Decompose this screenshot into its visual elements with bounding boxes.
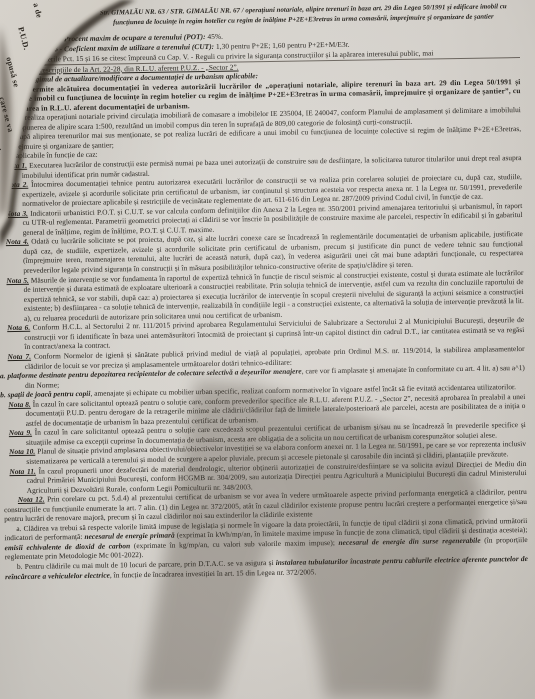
- note-label: Nota 5.: [6, 275, 29, 284]
- note-label: Nota 3.: [5, 209, 28, 218]
- cut-label: Pct. 16 -: [37, 44, 64, 53]
- note-label: Nota 12.: [18, 495, 45, 504]
- note-label: Nota 6.: [7, 323, 30, 332]
- document-text-block: Str. GIMALĂU NR. 63 / STR. GIMALĂU NR. 6…: [2, 2, 528, 581]
- note-label: Nota 7.: [8, 352, 32, 361]
- note-text: Măsurile de intervenție se vor fundament…: [24, 268, 524, 323]
- item-label: a.: [0, 371, 8, 380]
- item-text: , în funcție de încadrarea investiției î…: [110, 567, 317, 579]
- note-label: Nota 2.: [5, 180, 28, 189]
- note-label: Nota 10.: [9, 447, 35, 456]
- pot-value: 45%.: [206, 32, 223, 41]
- note-label: Nota 8.: [8, 399, 31, 408]
- scanned-document-page: Str. GIMALĂU NR. 63 / STR. GIMALĂU NR. 6…: [0, 0, 535, 699]
- note-label: Nota 9.: [9, 428, 32, 437]
- document-header: Str. GIMALĂU NR. 63 / STR. GIMALĂU NR. 6…: [87, 2, 519, 29]
- item-text: (exprimate în kg/mp/an, cu valori sub va…: [130, 538, 338, 550]
- note-label: Nota 11.: [9, 466, 36, 475]
- note-5: Nota 5. Măsurile de intervenție se vor f…: [6, 268, 524, 324]
- pot-label: Pct. 15 -: [37, 35, 64, 44]
- note-label: Nota 1.: [5, 161, 28, 170]
- renewable-term: necesarul de energie din surse regenerab…: [338, 536, 480, 547]
- note-label: Nota 4.: [6, 237, 29, 246]
